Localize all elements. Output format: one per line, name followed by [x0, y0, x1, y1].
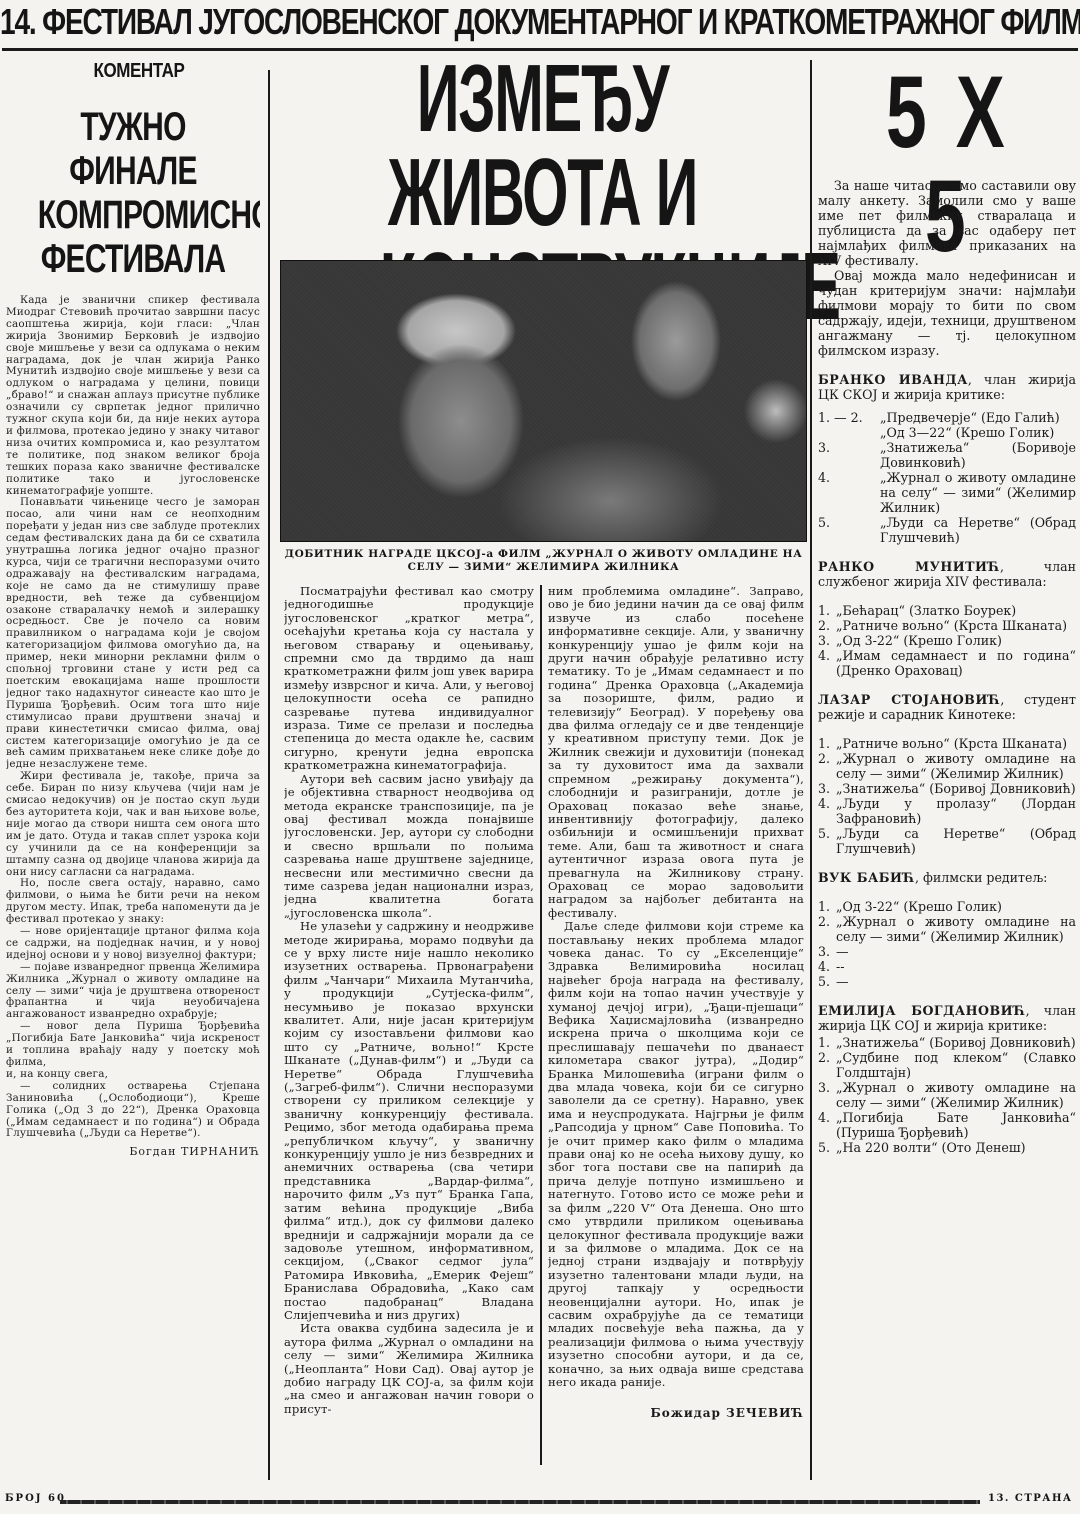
- picks-list: 1.„Знатижеља“ (Боривој Довниковић) 2.„Су…: [818, 1035, 1076, 1155]
- pick-item: 2.„Журнал о животу омладине на селу — зи…: [818, 914, 1076, 944]
- paragraph: ним проблемима омладине“. Заправо, ово ј…: [548, 585, 804, 920]
- paragraph: Аутори већ сасвим јасно увиђају да је об…: [284, 773, 534, 920]
- commentary-byline: Богдан ТИРНАНИЋ: [6, 1146, 260, 1158]
- pick-item: 3.—: [818, 944, 1076, 959]
- paragraph: Посматрајући фестивал као смотру једного…: [284, 585, 534, 773]
- paragraph: Даље следе филмови који стреме ка постав…: [548, 920, 804, 1389]
- juror-name: БРАНКО ИВАНДА: [818, 372, 968, 387]
- photo-caption: ДОБИТНИК НАГРАДЕ ЦКСОЈ-а ФИЛМ „ЖУРНАЛ О …: [280, 548, 807, 574]
- pick-item: 4.„Журнал о животу омладине на селу“ — з…: [818, 470, 1076, 515]
- issue-number: БРОЈ 60: [5, 1493, 66, 1504]
- paragraph: Понављати чињенице чесго је заморан поса…: [6, 497, 260, 771]
- paragraph: Када је званични спикер фестивала Миодра…: [6, 295, 260, 497]
- paragraph: Жири фестивала је, такође, прича за себе…: [6, 771, 260, 878]
- survey-column: За наше читаоце смо саставили ову малу а…: [818, 178, 1076, 1458]
- pick-item: 3.„Знатижеља“ (Боривоје Довинковић): [818, 440, 1076, 470]
- juror-name: ВУК БАБИЋ: [818, 870, 915, 885]
- kicker: КОМЕНТАР: [94, 60, 179, 83]
- juror-entry: ЛАЗАР СТОЈАНОВИЋ, студент режије и сарад…: [818, 692, 1076, 856]
- paragraph: Иста оваква судбина задесила је и аутора…: [284, 1322, 534, 1416]
- paragraph: — солидних остварења Стјепана Заниновића…: [6, 1081, 260, 1141]
- juror-name: ЛАЗАР СТОЈАНОВИЋ: [818, 692, 1000, 707]
- page-number: 13. СТРАНА: [988, 1493, 1073, 1504]
- pick-item: 1.„Знатижеља“ (Боривој Довниковић): [818, 1035, 1076, 1050]
- paragraph: Овај можда мало недефинисан и чудан крит…: [818, 268, 1076, 358]
- pick-item: 5.„На 220 волти“ (Ото Денеш): [818, 1140, 1076, 1155]
- juror-entry: РАНКО МУНИТИЋ, члан службеног жирија XIV…: [818, 559, 1076, 678]
- paragraph: — новог дела Пуриша Ђорђевића „Погибија …: [6, 1021, 260, 1069]
- main-headline: ИЗМЕЂУ ЖИВОТА И КОНСТРУКЦИЈЕ: [380, 52, 706, 252]
- commentary-column: КОМЕНТАР ТУЖНО ФИНАЛЕ КОМПРОМИСНОГ ФЕСТИ…: [6, 60, 260, 1480]
- pick-item: 2.„Судбине под клеком“ (Славко Голдштајн…: [818, 1050, 1076, 1080]
- juror-name: ЕМИЛИЈА БОГДАНОВИЋ: [818, 1003, 1026, 1018]
- pick-item: 4.„Погибија Бате Јанковића“ (Пуриша Ђорђ…: [818, 1110, 1076, 1140]
- pick-item: 1.„Бећарац“ (Златко Боурек): [818, 603, 1076, 618]
- commentary-body: Када је званични спикер фестивала Миодра…: [6, 295, 260, 1158]
- article-byline: Божидар ЗЕЧЕВИЋ: [548, 1407, 804, 1420]
- pick-item: 1. — 2.„Предвечерје“ (Едо Галић): [818, 410, 1076, 425]
- juror-entry: ЕМИЛИЈА БОГДАНОВИЋ, члан жирија ЦК СОЈ и…: [818, 1003, 1076, 1155]
- pick-item: 3.„Журнал о животу омладине на селу — зи…: [818, 1080, 1076, 1110]
- column-divider: [810, 60, 812, 1480]
- pick-item: 1.„Од 3-22“ (Крешо Голик): [818, 899, 1076, 914]
- paragraph: Не улазећи у садржину и неодрживе методе…: [284, 920, 534, 1322]
- pick-item: 4.„Имам седамнаест и по година“ (Дренко …: [818, 648, 1076, 678]
- picks-list: 1. — 2.„Предвечерје“ (Едо Галић) „Од 3—2…: [818, 410, 1076, 545]
- juror-entry: ВУК БАБИЋ, филмски редитељ: 1.„Од 3-22“ …: [818, 870, 1076, 989]
- juror-name: РАНКО МУНИТИЋ: [818, 559, 1000, 574]
- survey-headline: 5 X 5: [852, 60, 1043, 170]
- pick-item: 2.„Ратниче вољно“ (Крста Шканата): [818, 618, 1076, 633]
- pick-item: 4.„Људи у пролазу“ (Лордан Зафрановић): [818, 796, 1076, 826]
- column-divider: [268, 70, 270, 1480]
- picks-list: 1.„Од 3-22“ (Крешо Голик) 2.„Журнал о жи…: [818, 899, 1076, 989]
- photo-still: [280, 260, 807, 542]
- paragraph: — појаве изванредног првенца Желимира Жи…: [6, 962, 260, 1022]
- pick-item: „Од 3—22“ (Крешо Голик): [818, 425, 1076, 440]
- pick-item: 2.„Журнал о животу омладине на селу — зи…: [818, 751, 1076, 781]
- pick-item: 4.--: [818, 959, 1076, 974]
- masthead-title: 14. ФЕСТИВАЛ ЈУГОСЛОВЕНСКОГ ДОКУМЕНТАРНО…: [0, 0, 1080, 48]
- article-column-a: Посматрајући фестивал као смотру једного…: [284, 585, 534, 1465]
- pick-item: 3.„Од 3-22“ (Крешо Голик): [818, 633, 1076, 648]
- juror-entry: БРАНКО ИВАНДА, члан жирија ЦК СКОЈ и жир…: [818, 372, 1076, 545]
- pick-item: 5.„Људи са Неретве“ (Обрад Глушчевић): [818, 826, 1076, 856]
- pick-item: 5.—: [818, 974, 1076, 989]
- pick-item: 1.„Ратниче вољно“ (Крста Шканата): [818, 736, 1076, 751]
- pick-item: 3.„Знатижеља“ (Боривој Довниковић): [818, 781, 1076, 796]
- paragraph: За наше читаоце смо саставили ову малу а…: [818, 178, 1076, 268]
- picks-list: 1.„Бећарац“ (Златко Боурек) 2.„Ратниче в…: [818, 603, 1076, 678]
- juror-role: , филмски редитељ:: [915, 870, 1047, 885]
- bottom-rule: [60, 1500, 980, 1504]
- column-divider: [540, 585, 542, 1465]
- paragraph: Но, после свега остају, наравно, само фи…: [6, 878, 260, 926]
- picks-list: 1.„Ратниче вољно“ (Крста Шканата) 2.„Жур…: [818, 736, 1076, 856]
- paragraph: — нове оријентације цртаног филма која с…: [6, 926, 260, 962]
- commentary-headline: ТУЖНО ФИНАЛЕ КОМПРОМИСНОГ ФЕСТИВАЛА: [38, 105, 229, 281]
- article-column-b: ним проблемима омладине“. Заправо, ово ј…: [548, 585, 804, 1455]
- pick-item: 5.„Људи са Неретве“ (Обрад Глушчевић): [818, 515, 1076, 545]
